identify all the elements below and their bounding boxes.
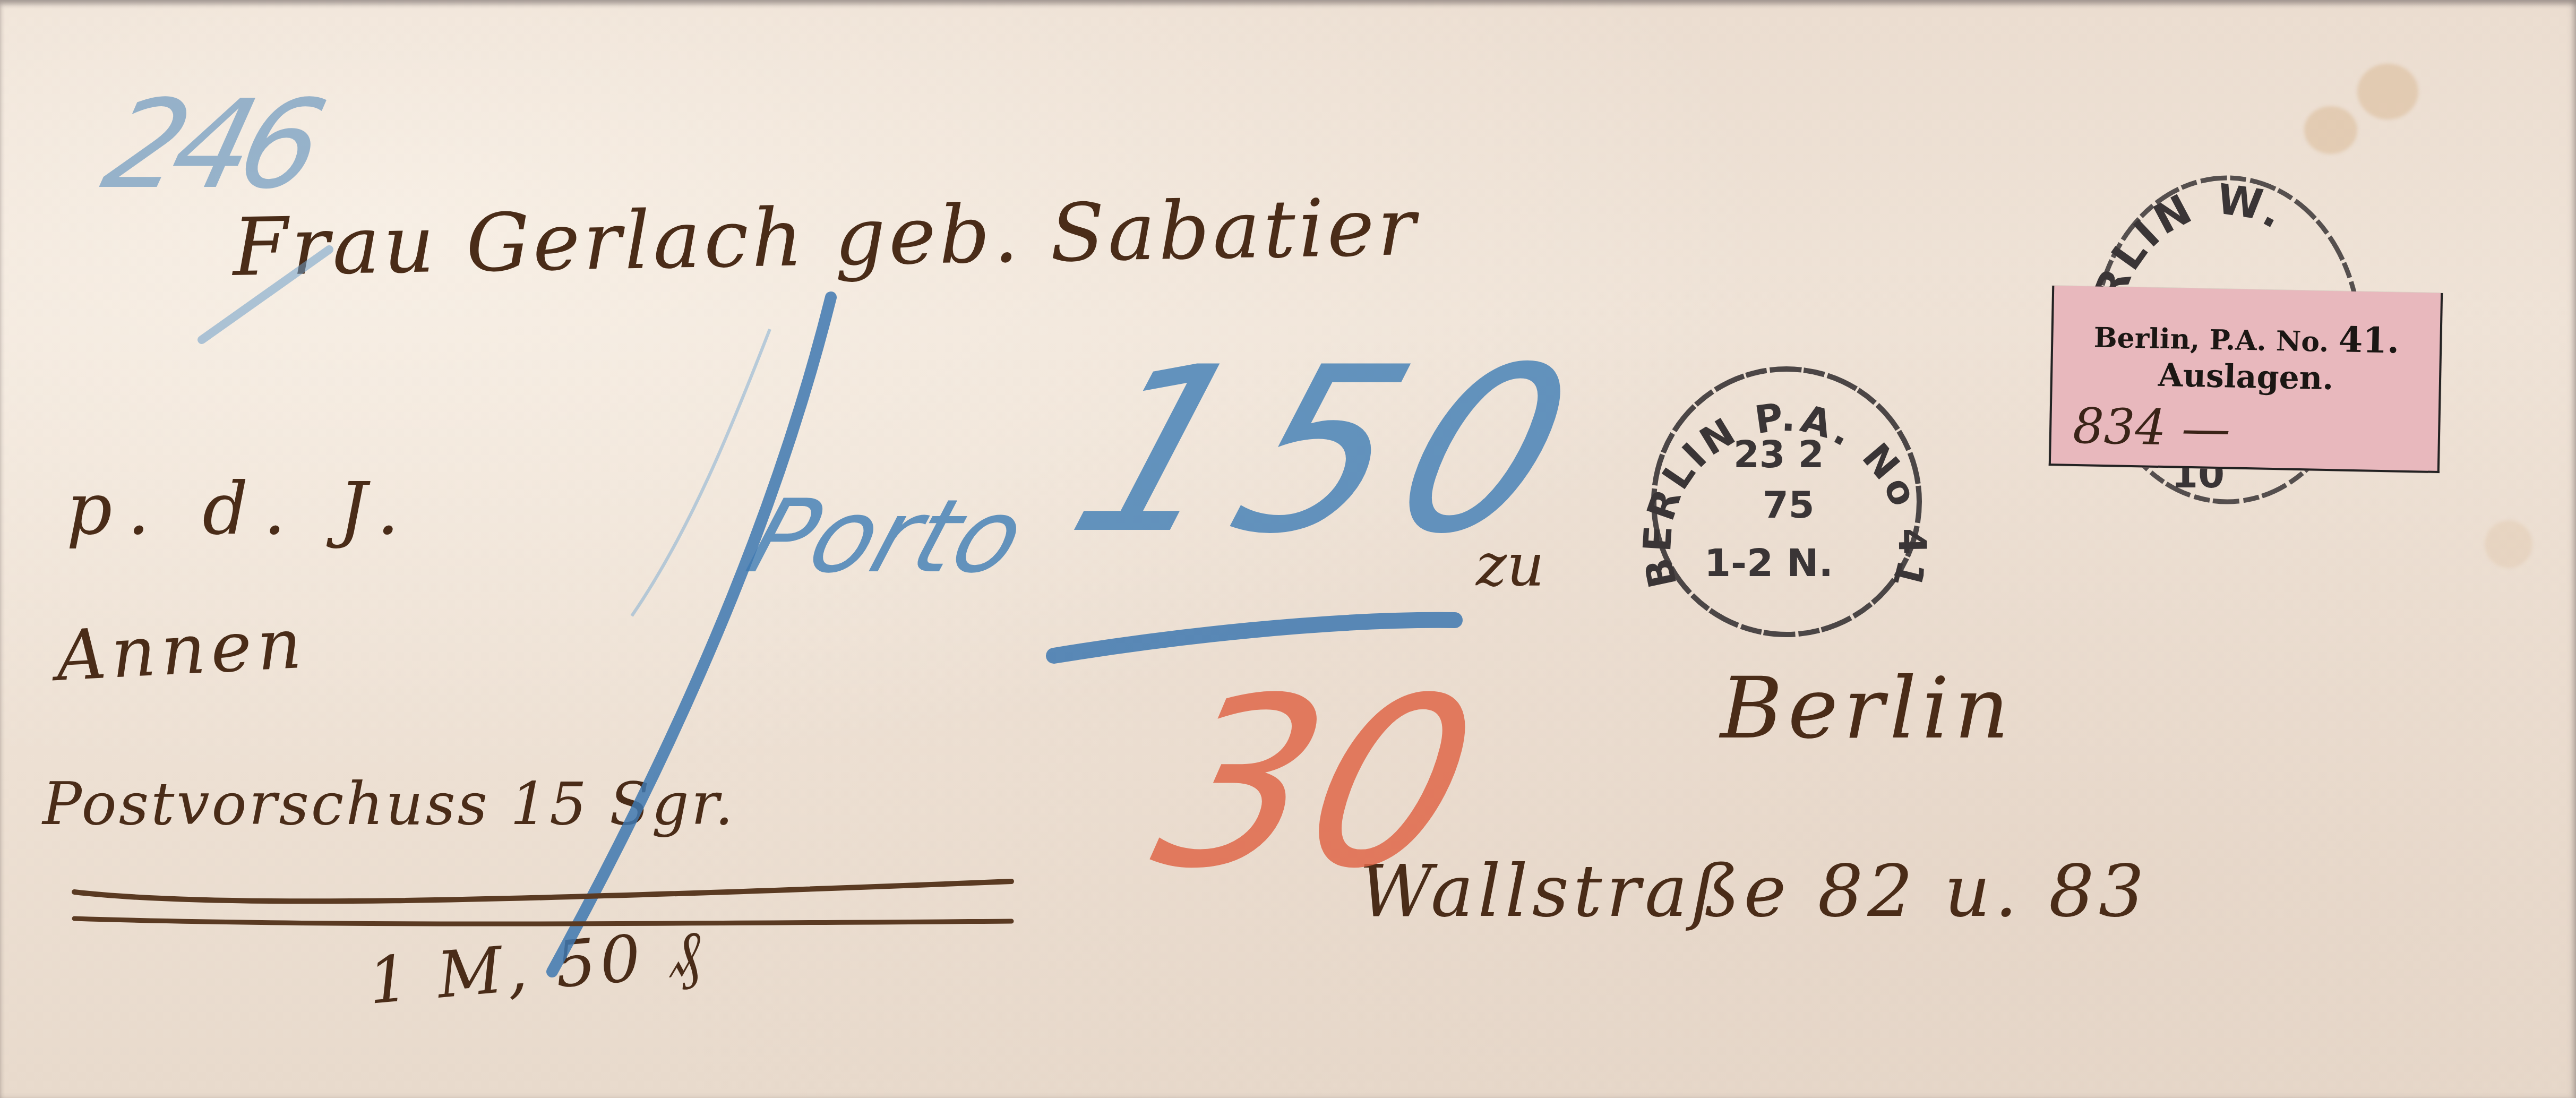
ink-strokes: BERLIN P.A. No 41 23 2 75 1-2 N. BERLIN … xyxy=(0,0,2576,1098)
label-office-number: 41. xyxy=(2338,319,2400,361)
postmark-time: 1-2 N. xyxy=(1704,541,1833,585)
label-office-text: Berlin, P.A. No. xyxy=(2093,321,2329,358)
envelope: 246 Frau Gerlach geb. Sabatier p. d. J. … xyxy=(0,0,2576,1098)
postmark-year: 75 xyxy=(1763,483,1814,527)
label-title: Auslagen. xyxy=(2052,355,2439,399)
label-office: Berlin, P.A. No. 41. xyxy=(2053,313,2440,362)
label-handwritten-number: 834 — xyxy=(2072,398,2231,458)
postmark-day-month: 23 2 xyxy=(1733,433,1824,476)
auslagen-label: Berlin, P.A. No. 41. Auslagen. 834 — xyxy=(2049,286,2443,473)
